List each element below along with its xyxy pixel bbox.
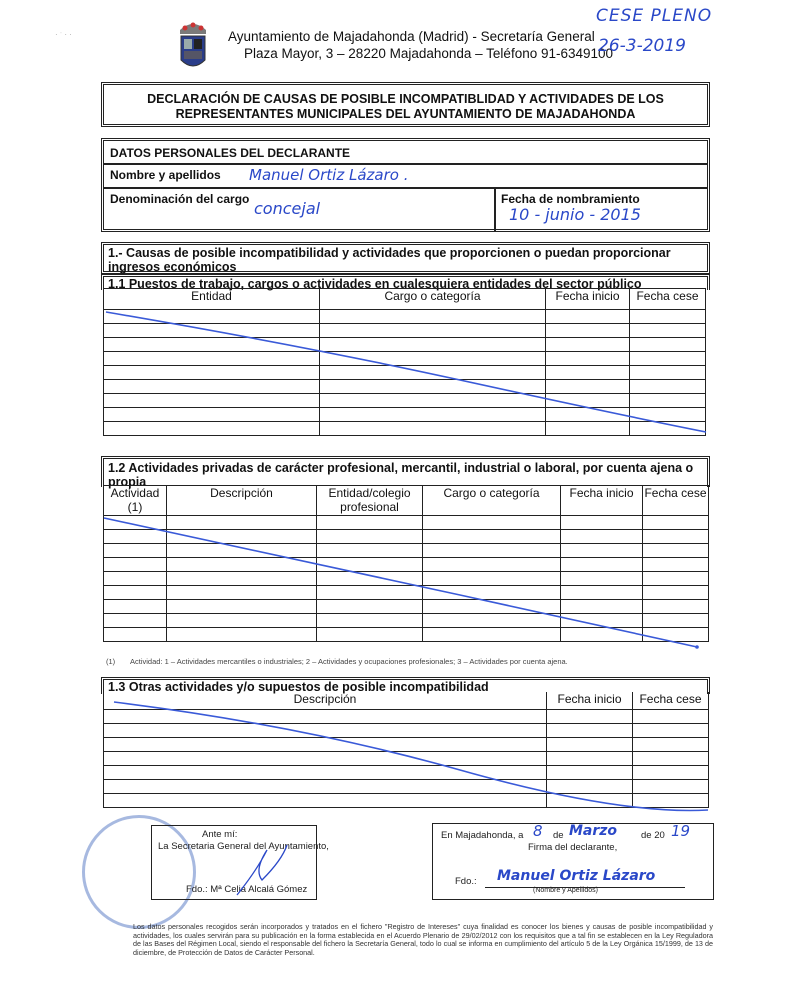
table-cell[interactable] [423, 614, 561, 628]
table-cell[interactable] [167, 572, 317, 586]
table-cell[interactable] [423, 572, 561, 586]
table-row [104, 751, 709, 765]
table-cell[interactable] [643, 530, 709, 544]
table-cell[interactable] [104, 765, 547, 779]
table-cell[interactable] [320, 408, 546, 422]
column-header: Fecha cese [630, 289, 706, 310]
table-row [104, 380, 706, 394]
table-cell[interactable] [167, 558, 317, 572]
table-cell[interactable] [320, 394, 546, 408]
public-sector-table: Entidad Cargo o categoría Fecha inicio F… [103, 288, 706, 436]
table-cell[interactable] [104, 586, 167, 600]
table-cell[interactable] [633, 765, 709, 779]
table-cell[interactable] [104, 779, 547, 793]
table-row [104, 530, 709, 544]
table-row [104, 737, 709, 751]
table-row [104, 544, 709, 558]
table-cell[interactable] [167, 530, 317, 544]
table-row [104, 723, 709, 737]
section-1-2-header: 1.2 Actividades privadas de carácter pro… [101, 456, 710, 487]
table-cell[interactable] [643, 586, 709, 600]
activity-footnote: Actividad: 1 – Actividades mercantiles o… [130, 657, 568, 666]
table-cell[interactable] [546, 310, 630, 324]
column-header: Entidad [104, 289, 320, 310]
table-cell[interactable] [320, 352, 546, 366]
de-label: de [553, 830, 564, 841]
document-title: DECLARACIÓN DE CAUSAS DE POSIBLE INCOMPA… [101, 82, 710, 127]
table-cell[interactable] [561, 600, 643, 614]
secretary-signature-box: Ante mí: La Secretaria General del Ayunt… [151, 825, 317, 900]
table-cell[interactable] [167, 544, 317, 558]
table-cell[interactable] [643, 614, 709, 628]
table-cell[interactable] [546, 352, 630, 366]
table-cell[interactable] [104, 530, 167, 544]
table-cell[interactable] [317, 600, 423, 614]
table-cell[interactable] [167, 516, 317, 530]
table-cell[interactable] [317, 572, 423, 586]
table-cell[interactable] [167, 628, 317, 642]
table-cell[interactable] [643, 628, 709, 642]
personal-data-heading: DATOS PERSONALES DEL DECLARANTE [110, 146, 350, 160]
table-cell[interactable] [104, 338, 320, 352]
table-cell[interactable] [547, 709, 633, 723]
table-cell[interactable] [643, 544, 709, 558]
table-cell[interactable] [633, 751, 709, 765]
table-cell[interactable] [167, 614, 317, 628]
table-cell[interactable] [547, 751, 633, 765]
appointment-date-field[interactable]: 10 - junio - 2015 [509, 205, 641, 224]
table-cell[interactable] [561, 628, 643, 642]
table-cell[interactable] [104, 793, 547, 807]
table-cell[interactable] [630, 422, 706, 436]
table-cell[interactable] [423, 558, 561, 572]
table-row [104, 310, 706, 324]
table-cell[interactable] [561, 516, 643, 530]
table-cell[interactable] [546, 324, 630, 338]
name-field[interactable]: Manuel Ortiz Lázaro . [249, 166, 408, 184]
table-row [104, 516, 709, 530]
table-cell[interactable] [547, 793, 633, 807]
table-cell[interactable] [423, 586, 561, 600]
table-cell[interactable] [630, 338, 706, 352]
column-header: Entidad/colegio profesional [317, 486, 423, 516]
table-cell[interactable] [317, 628, 423, 642]
table-row [104, 422, 706, 436]
day-field[interactable]: 8 [533, 822, 543, 840]
scan-specks: · ˑ · · [55, 30, 72, 39]
table-cell[interactable] [104, 516, 167, 530]
column-header: Actividad (1) [104, 486, 167, 516]
table-cell[interactable] [167, 586, 317, 600]
declarant-signature: Manuel Ortiz Lázaro [497, 868, 655, 884]
position-label: Denominación del cargo [110, 192, 249, 206]
table-cell[interactable] [546, 394, 630, 408]
handwritten-annotation: CESE PLENO [596, 6, 712, 26]
table-cell[interactable] [317, 516, 423, 530]
table-cell[interactable] [561, 544, 643, 558]
data-protection-notice: Los datos personales recogidos serán inc… [133, 923, 713, 957]
personal-data-section: DATOS PERSONALES DEL DECLARANTE Nombre y… [101, 138, 710, 232]
table-row [104, 709, 709, 723]
title-line-1: DECLARACIÓN DE CAUSAS DE POSIBLE INCOMPA… [104, 92, 707, 107]
table-cell[interactable] [630, 380, 706, 394]
column-header: Descripción [104, 692, 547, 709]
table-cell[interactable] [104, 422, 320, 436]
declarant-signature-box: En Majadahonda, a 8 de Marzo de 20 19 Fi… [432, 823, 714, 900]
table-row [104, 779, 709, 793]
table-cell[interactable] [561, 614, 643, 628]
table-cell[interactable] [561, 530, 643, 544]
column-header: Fecha cese [633, 692, 709, 709]
municipal-crest-icon [176, 18, 210, 74]
table-cell[interactable] [423, 628, 561, 642]
table-row [104, 408, 706, 422]
table-row [104, 366, 706, 380]
table-cell[interactable] [633, 793, 709, 807]
column-header: Descripción [167, 486, 317, 516]
table-cell[interactable] [104, 352, 320, 366]
table-cell[interactable] [630, 324, 706, 338]
other-activities-table: Descripción Fecha inicio Fecha cese [103, 692, 709, 808]
table-cell[interactable] [547, 737, 633, 751]
table-cell[interactable] [104, 394, 320, 408]
table-cell[interactable] [423, 530, 561, 544]
table-cell[interactable] [317, 544, 423, 558]
table-cell[interactable] [630, 310, 706, 324]
table-cell[interactable] [643, 600, 709, 614]
header-line-2: Plaza Mayor, 3 – 28220 Majadahonda – Tel… [244, 46, 613, 61]
column-header: Fecha inicio [546, 289, 630, 310]
table-row [104, 765, 709, 779]
table-row [104, 793, 709, 807]
table-cell[interactable] [547, 779, 633, 793]
table-cell[interactable] [104, 600, 167, 614]
table-cell[interactable] [546, 422, 630, 436]
footnote-marker: (1) [106, 657, 115, 666]
table-cell[interactable] [104, 408, 320, 422]
header-line-1: Ayuntamiento de Majadahonda (Madrid) - S… [228, 29, 595, 44]
table-cell[interactable] [104, 544, 167, 558]
table-cell[interactable] [633, 723, 709, 737]
table-cell[interactable] [320, 338, 546, 352]
table-row [104, 394, 706, 408]
column-header: Cargo o categoría [320, 289, 546, 310]
table-row [104, 572, 709, 586]
column-header: Fecha inicio [561, 486, 643, 516]
table-cell[interactable] [630, 408, 706, 422]
fdo-label: Fdo.: [455, 876, 477, 887]
table-cell[interactable] [104, 723, 547, 737]
column-header: Cargo o categoría [423, 486, 561, 516]
table-row [104, 600, 709, 614]
table-cell[interactable] [561, 558, 643, 572]
handwritten-annotation-date: 26-3-2019 [598, 36, 686, 56]
table-row [104, 324, 706, 338]
before-me-label: Ante mí: [202, 829, 237, 840]
table-cell[interactable] [317, 558, 423, 572]
table-cell[interactable] [104, 614, 167, 628]
table-cell[interactable] [547, 723, 633, 737]
table-row [104, 352, 706, 366]
table-cell[interactable] [104, 737, 547, 751]
signer-label: Firma del declarante, [528, 842, 617, 853]
title-line-2: REPRESENTANTES MUNICIPALES DEL AYUNTAMIE… [104, 107, 707, 122]
year-prefix: de 20 [641, 830, 665, 841]
table-cell[interactable] [561, 586, 643, 600]
section-1-header: 1.- Causas de posible incompatibilidad y… [101, 242, 710, 274]
private-activities-table: Actividad (1) Descripción Entidad/colegi… [103, 485, 709, 642]
table-cell[interactable] [317, 614, 423, 628]
table-cell[interactable] [643, 572, 709, 586]
appointment-date-label: Fecha de nombramiento [501, 192, 640, 206]
table-cell[interactable] [104, 709, 547, 723]
table-cell[interactable] [104, 380, 320, 394]
table-cell[interactable] [320, 380, 546, 394]
table-row [104, 338, 706, 352]
table-cell[interactable] [546, 366, 630, 380]
table-row [104, 586, 709, 600]
table-row [104, 628, 709, 642]
table-row [104, 614, 709, 628]
table-cell[interactable] [633, 779, 709, 793]
table-cell[interactable] [630, 366, 706, 380]
table-cell[interactable] [423, 544, 561, 558]
table-cell[interactable] [104, 628, 167, 642]
table-cell[interactable] [633, 709, 709, 723]
table-cell[interactable] [320, 310, 546, 324]
table-cell[interactable] [423, 516, 561, 530]
table-cell[interactable] [547, 765, 633, 779]
table-cell[interactable] [320, 366, 546, 380]
position-field[interactable]: concejal [254, 199, 320, 218]
table-row [104, 558, 709, 572]
table-cell[interactable] [104, 366, 320, 380]
table-cell[interactable] [561, 572, 643, 586]
column-header: Fecha inicio [547, 692, 633, 709]
table-cell[interactable] [630, 352, 706, 366]
table-cell[interactable] [104, 751, 547, 765]
table-cell[interactable] [643, 558, 709, 572]
table-cell[interactable] [104, 572, 167, 586]
table-cell[interactable] [546, 338, 630, 352]
table-cell[interactable] [423, 600, 561, 614]
name-caption: (Nombre y Apellidos) [533, 887, 598, 894]
table-cell[interactable] [104, 324, 320, 338]
table-cell[interactable] [320, 324, 546, 338]
secretary-signature [232, 840, 292, 900]
table-cell[interactable] [104, 558, 167, 572]
table-cell[interactable] [167, 600, 317, 614]
section-1-title: 1.- Causas de posible incompatibilidad y… [108, 246, 703, 274]
table-cell[interactable] [630, 394, 706, 408]
year-field[interactable]: 19 [671, 822, 690, 840]
table-cell[interactable] [546, 380, 630, 394]
name-label: Nombre y apellidos [110, 168, 221, 182]
table-cell[interactable] [633, 737, 709, 751]
table-cell[interactable] [320, 422, 546, 436]
table-cell[interactable] [643, 516, 709, 530]
column-header: Fecha cese [643, 486, 709, 516]
month-field[interactable]: Marzo [569, 823, 617, 839]
place-prefix: En Majadahonda, a [441, 830, 523, 841]
table-cell[interactable] [546, 408, 630, 422]
table-cell[interactable] [317, 586, 423, 600]
table-cell[interactable] [104, 310, 320, 324]
table-cell[interactable] [317, 530, 423, 544]
